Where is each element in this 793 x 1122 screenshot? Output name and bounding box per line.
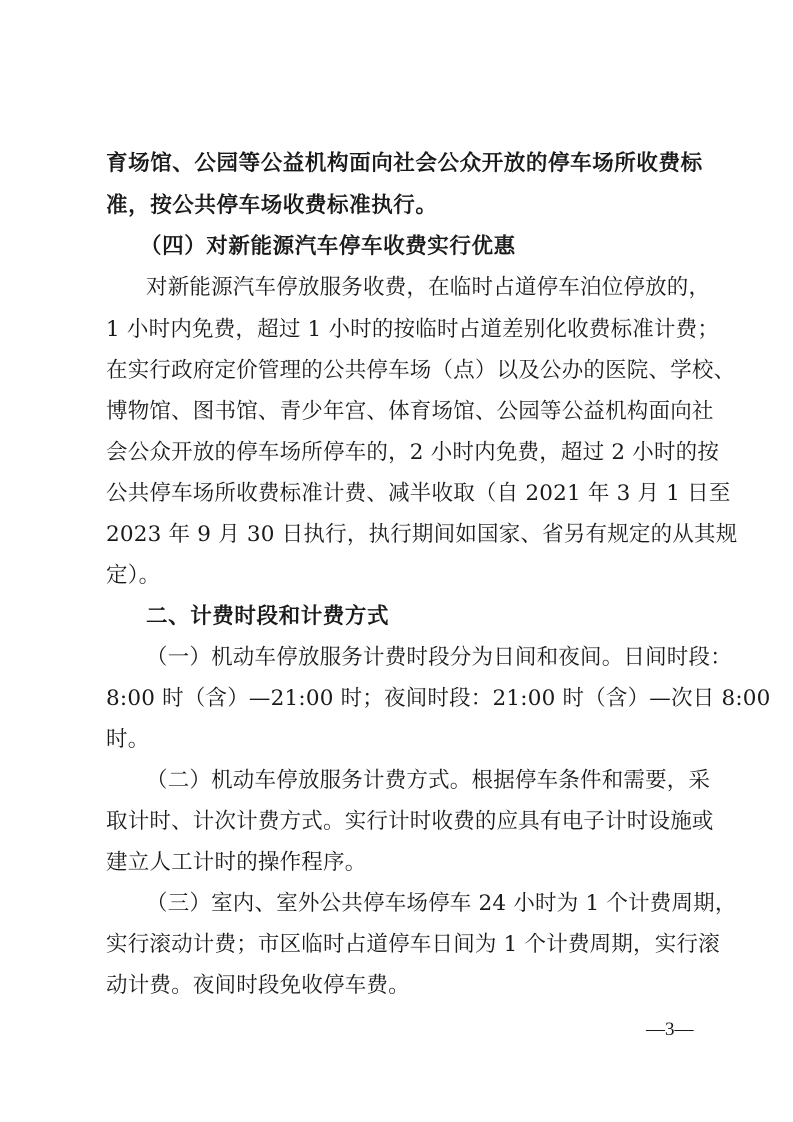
- body-text-line: 对新能源汽车停放服务收费，在临时占道停车泊位停放的，: [146, 274, 700, 302]
- body-text-line: 1 小时内免费，超过 1 小时的按临时占道差别化收费标准计费；: [106, 316, 700, 344]
- body-text-line: 育场馆、公园等公益机构面向社会公众开放的停车场所收费标: [106, 150, 700, 178]
- document-page: 育场馆、公园等公益机构面向社会公众开放的停车场所收费标 准，按公共停车场收费标准…: [0, 0, 793, 1122]
- body-text-line: （一）机动车停放服务计费时段分为日间和夜间。日间时段：: [146, 644, 700, 672]
- body-text-line: 博物馆、图书馆、青少年宫、体育场馆、公园等公益机构面向社: [106, 398, 700, 426]
- body-text-line: （二）机动车停放服务计费方式。根据停车条件和需要，采: [146, 767, 700, 795]
- body-text-line: 在实行政府定价管理的公共停车场（点）以及公办的医院、学校、: [106, 357, 700, 385]
- body-text-line: 时。: [106, 726, 700, 754]
- body-text-line: 取计时、计次计费方式。实行计时收费的应具有电子计时设施或: [106, 808, 700, 836]
- body-text-line: 准，按公共停车场收费标准执行。: [106, 192, 700, 220]
- body-text-line: 公共停车场所收费标准计费、减半收取（自 2021 年 3 月 1 日至: [106, 480, 700, 508]
- subsection-heading: （四）对新能源汽车停车收费实行优惠: [140, 233, 734, 261]
- body-text-line: （三）室内、室外公共停车场停车 24 小时为 1 个计费周期，: [146, 890, 700, 918]
- body-text-line: 2023 年 9 月 30 日执行，执行期间如国家、省另有规定的从其规: [106, 521, 700, 549]
- body-text-line: 会公众开放的停车场所停车的，2 小时内免费，超过 2 小时的按: [106, 439, 700, 467]
- body-text-line: 定）。: [106, 562, 700, 590]
- body-text-line: 动计费。夜间时段免收停车费。: [106, 972, 700, 1000]
- body-text-line: 8:00 时（含）—21:00 时；夜间时段：21:00 时（含）—次日 8:0…: [106, 685, 700, 713]
- body-text-line: 建立人工计时的操作程序。: [106, 849, 700, 877]
- body-text-line: 实行滚动计费；市区临时占道停车日间为 1 个计费周期，实行滚: [106, 931, 700, 959]
- page-number: —3—: [646, 1018, 694, 1042]
- section-heading: 二、计费时段和计费方式: [146, 603, 740, 631]
